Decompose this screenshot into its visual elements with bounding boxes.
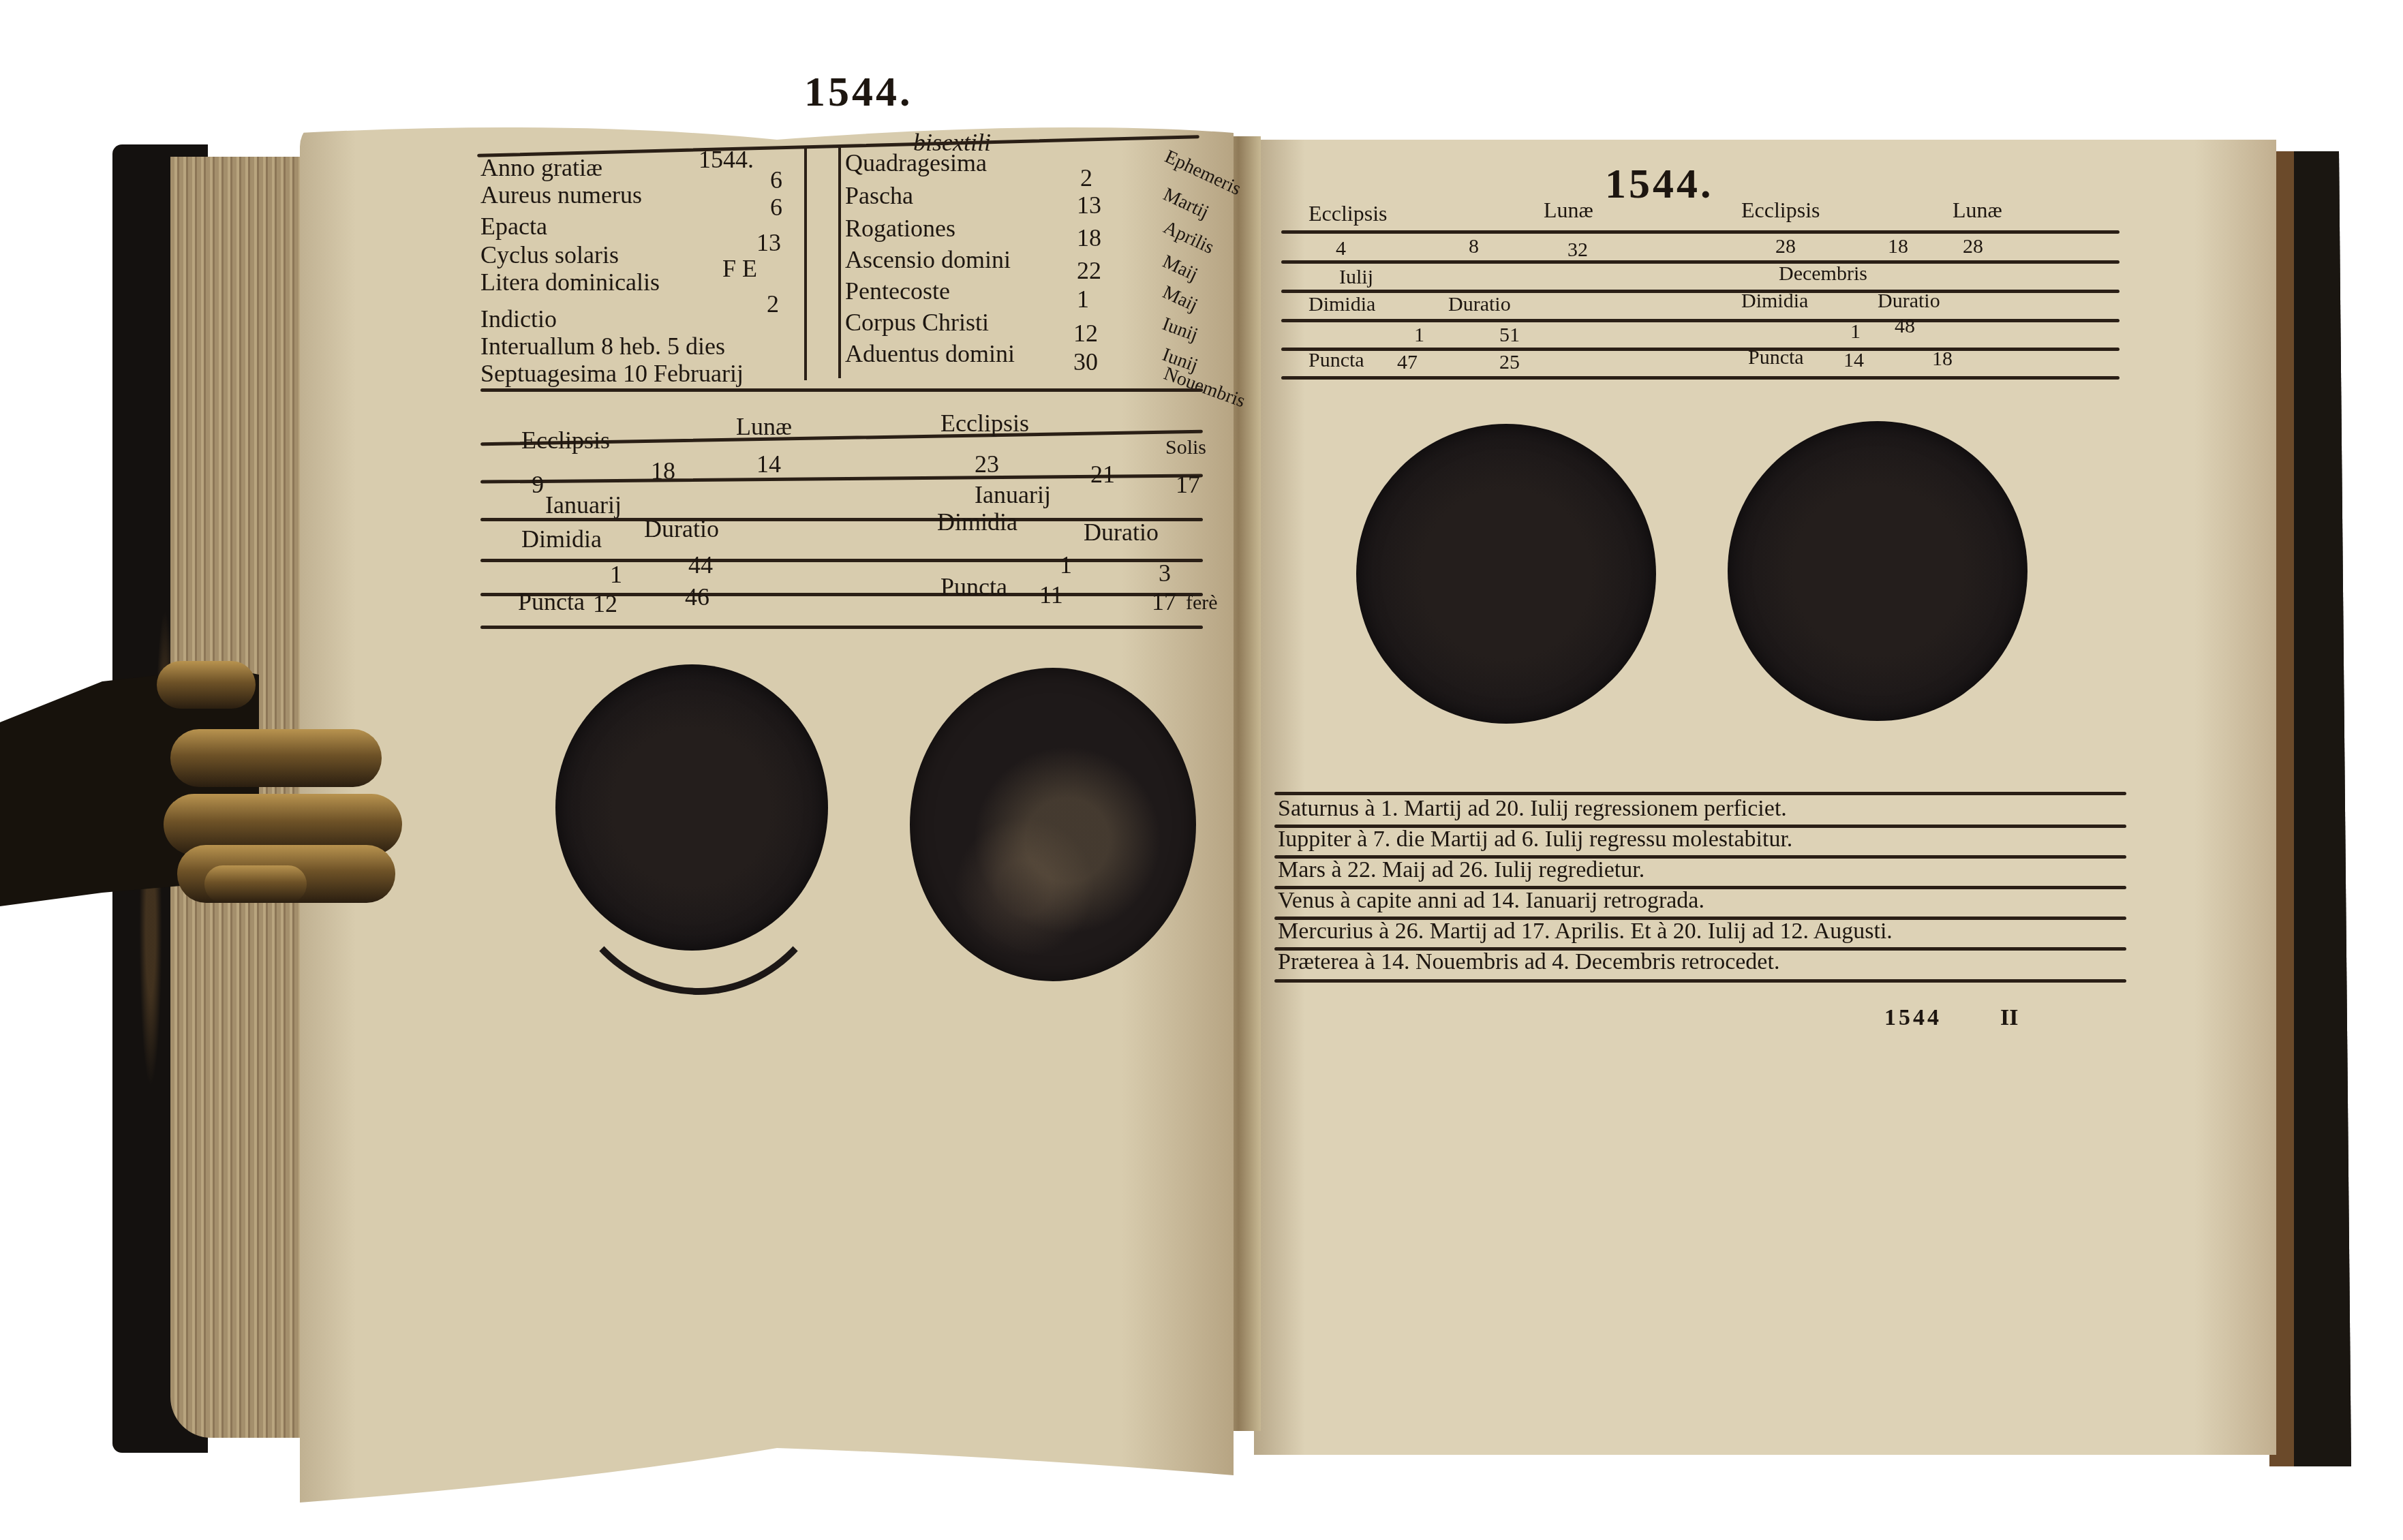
puncta-value: 25 [1499,351,1520,374]
planet-note-saturn: Saturnus à 1. Martij ad 20. Iulij regres… [1278,796,1787,822]
computus-right-column: Quadragesima 2 Ephemeris Pascha 13 Marti… [845,149,1213,380]
dimidia-label: Dimidia [1741,290,1808,313]
feast-day: 30 [1073,348,1098,376]
lunar-puncta-value: 46 [685,583,709,611]
dimidia-label: Dimidia [521,525,602,553]
solar-month: Ianuarij [975,480,1051,509]
table-rule [1274,792,2126,795]
feast-label: Pascha [845,181,913,210]
feast-month: Iunij [1159,313,1201,346]
computus-value: 1544. [699,145,754,174]
computus-label: Interuallum 8 heb. 5 dies [480,332,725,360]
duratio-label: Duratio [1084,518,1159,546]
table-rule [1281,230,2119,234]
computus-left-column: Anno gratiæ 1544. Aureus numerus 6 Epact… [480,153,835,374]
duratio-label: Duratio [1878,290,1940,313]
eclipse-number: 28 [1775,235,1796,258]
right-page-title: 1544. [1605,160,1714,209]
puncta-label: Puncta [1748,346,1804,369]
puncta-value: 47 [1397,351,1418,374]
planet-note-jupiter: Iuppiter à 7. die Martij ad 6. Iulij reg… [1278,827,1792,852]
eclipse-heading: Lunæ [1953,198,2002,223]
eclipse-number: 18 [1888,235,1908,258]
table-rule [1281,319,2119,322]
computus-label: Indictio [480,305,557,333]
table-rule [480,388,1203,392]
lunar-duratio-value: 44 [688,551,713,579]
eclipse-number: 4 [1336,237,1346,260]
solar-number: 17 [1176,470,1200,499]
left-page-title: 1544. [804,68,913,117]
feast-label: Rogationes [845,214,955,243]
eclipse-month: Decembris [1779,262,1867,286]
feast-label: Ascensio domini [845,245,1011,274]
computus-value: 13 [756,228,781,257]
puncta-label: Puncta [1308,349,1364,372]
bronze-hand-icon [0,634,409,906]
puncta-label: Puncta [940,572,1007,601]
computus-label: Anno gratiæ [480,153,602,182]
solar-dimidia-value: 1 [1060,551,1072,579]
feast-day: 1 [1077,285,1089,313]
planet-note-mercury: Mercurius à 26. Martij ad 17. Aprilis. E… [1278,919,1893,944]
feast-day: 12 [1073,319,1098,348]
column-divider [838,147,841,378]
lunar-eclipse-disk-icon [555,664,828,951]
duratio-value: 51 [1499,324,1520,347]
puncta-label: Puncta [518,587,585,616]
computus-value: 6 [770,166,782,194]
feast-label: Quadragesima [845,149,987,177]
feast-day: 13 [1077,191,1101,219]
computus-label: Litera dominicalis [480,268,660,296]
lunar-month: Ianuarij [545,491,622,519]
feast-month: Martij [1160,184,1212,224]
table-rule [480,593,1203,596]
duratio-label: Duratio [1448,293,1511,316]
eclipse-heading: Lunæ [1544,198,1593,223]
eclipse-number: 28 [1963,235,1983,258]
planet-note-venus: Venus à capite anni ad 14. Ianuarij retr… [1278,888,1704,914]
footer-signature: II [2000,1005,2018,1031]
solar-number: 21 [1090,460,1115,489]
book-cover-right [2269,151,2351,1466]
eclipse-heading: Ecclipsis [940,409,1029,437]
eclipse-heading: Solis [1165,436,1206,459]
eclipse-month: Iulij [1339,266,1373,289]
footer-year: 1544 [1884,1005,1942,1031]
lunar-number: 14 [756,450,781,478]
computus-value: 2 [767,290,779,318]
table-rule [1281,290,2119,293]
lunar-eclipse-december-disk-icon [1728,421,2027,721]
table-rule [1281,260,2119,264]
solar-number: 23 [975,450,999,478]
dimidia-value: 1 [1850,320,1861,343]
eclipse-heading: Ecclipsis [1741,198,1820,223]
table-rule [480,626,1203,629]
feast-month: Maij [1159,251,1201,286]
table-rule [480,559,1203,562]
feast-label: Aduentus domini [845,339,1015,368]
table-rule [1274,979,2126,983]
duratio-value: 48 [1895,315,1915,338]
dimidia-value: 1 [1414,324,1424,347]
puncta-value: 14 [1843,349,1864,372]
solar-puncta-value: 11 [1039,581,1063,609]
eclipse-heading: Lunæ [736,412,792,441]
computus-label: Septuagesima 10 Februarij [480,359,744,388]
solar-duratio-value: 3 [1159,559,1171,587]
lunar-eclipse-july-disk-icon [1356,424,1656,724]
computus-label: Aureus numerus [480,181,642,209]
column-divider [804,149,807,380]
lunar-dimidia-value: 1 [610,560,622,589]
dimidia-label: Dimidia [1308,293,1375,316]
computus-value: F E [722,254,757,283]
lunar-puncta-value: 12 [593,589,617,618]
eclipse-number: 32 [1567,238,1588,262]
eclipse-heading: Ecclipsis [1308,201,1388,226]
solar-eclipse-disk-icon [910,668,1196,981]
solar-puncta-suffix: ferè [1186,591,1218,615]
puncta-value: 18 [1932,348,1953,371]
feast-label: Corpus Christi [845,308,989,337]
planet-note-mars: Mars à 22. Maij ad 26. Iulij regredietur… [1278,857,1644,883]
eclipse-number: 8 [1469,235,1479,258]
eclipse-heading: Ecclipsis [521,426,610,455]
planet-note-praeterea: Præterea à 14. Nouembris ad 4. Decembris… [1278,949,1779,975]
solar-puncta-value: 17 [1152,587,1176,616]
feast-day: 18 [1077,224,1101,252]
feast-label: Pentecoste [845,277,950,305]
computus-value: 6 [770,193,782,221]
feast-month: Maij [1159,281,1201,316]
feast-day: 2 [1080,164,1092,192]
duratio-label: Duratio [644,514,719,543]
dimidia-label: Dimidia [937,508,1017,536]
lunar-number: 18 [651,457,675,485]
table-rule [1281,376,2119,380]
lunar-number: 9 [532,470,544,499]
feast-day: 22 [1077,256,1101,285]
computus-label: Cyclus solaris [480,241,619,269]
computus-label: Epacta [480,212,547,241]
